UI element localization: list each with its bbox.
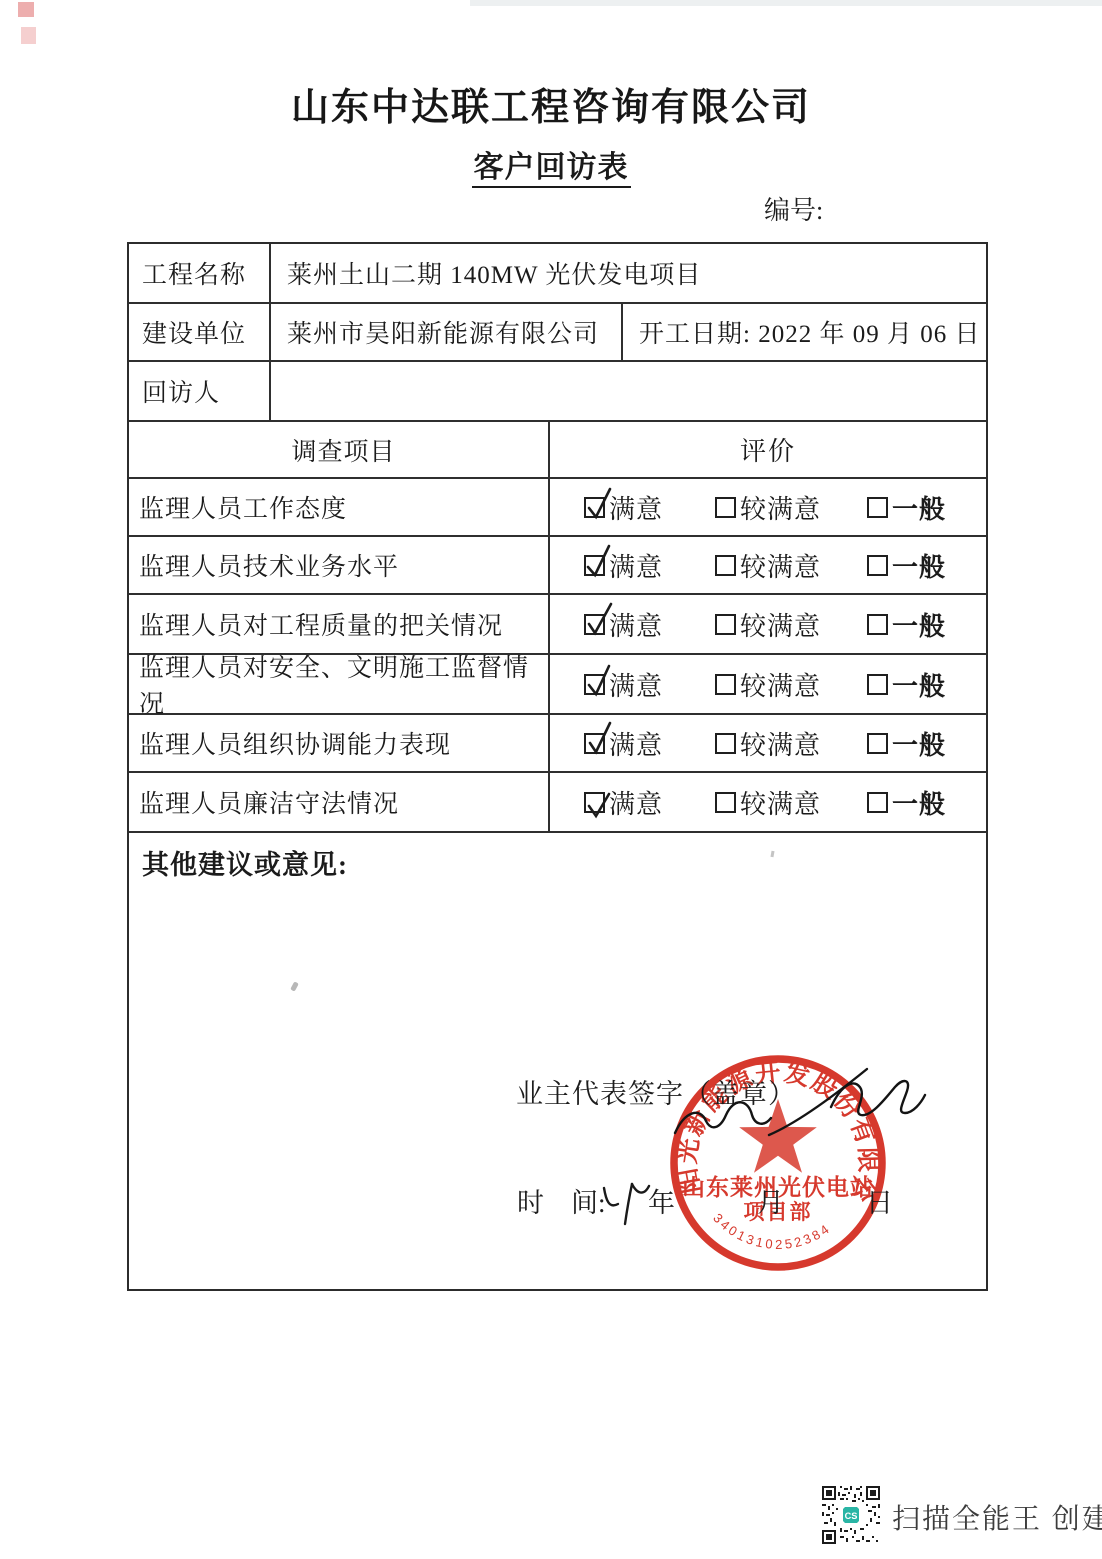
checkbox-empty-icon[interactable] [867, 674, 888, 695]
checkbox-checked-icon[interactable] [584, 614, 605, 635]
project-name-value: 莱州土山二期 140MW 光伏发电项目 [269, 244, 986, 302]
visitor-value[interactable] [269, 362, 986, 420]
visitor-label: 回访人 [129, 362, 269, 420]
survey-item: 监理人员廉洁守法情况 [129, 773, 548, 831]
table-row: 回访人 [129, 360, 986, 420]
survey-item: 监理人员对工程质量的把关情况 [129, 595, 548, 653]
svg-text:CS: CS [845, 1511, 858, 1521]
survey-item: 监理人员技术业务水平 [129, 537, 548, 593]
survey-row: 监理人员对工程质量的把关情况 满意 较满意 一般 [129, 593, 986, 653]
scan-red-artifact [18, 2, 34, 17]
option-satisfied[interactable]: 满意 [584, 547, 663, 584]
scan-red-artifact [21, 27, 36, 44]
option-satisfied[interactable]: 满意 [584, 666, 663, 703]
checkbox-empty-icon[interactable] [867, 555, 888, 576]
survey-rating: 满意 较满意 一般 [548, 715, 986, 771]
checkbox-empty-icon[interactable] [715, 555, 736, 576]
owner-unit-value: 莱州市昊阳新能源有限公司 [269, 304, 621, 360]
company-title: 山东中达联工程咨询有限公司 [0, 76, 1102, 131]
option-satisfied[interactable]: 满意 [584, 725, 663, 762]
survey-rating-header: 评价 [548, 422, 986, 477]
survey-rating: 满意 较满意 一般 [548, 773, 986, 831]
survey-row: 监理人员廉洁守法情况 满意 较满意 一般 [129, 771, 986, 831]
serial-number-label: 编号: [764, 190, 823, 227]
scanner-credit-text: 扫描全能王 创建 [892, 1497, 1102, 1537]
checkbox-empty-icon[interactable] [867, 497, 888, 518]
checkbox-empty-icon[interactable] [715, 497, 736, 518]
project-name-label: 工程名称 [129, 244, 269, 302]
option-average[interactable]: 一般 [867, 489, 946, 526]
checkbox-checked-icon[interactable] [584, 497, 605, 518]
survey-row: 监理人员工作态度 满意 较满意 一般 [129, 477, 986, 535]
option-fairly-satisfied[interactable]: 较满意 [715, 547, 821, 584]
checkbox-empty-icon[interactable] [867, 792, 888, 813]
handwritten-date [596, 1176, 660, 1232]
survey-item: 监理人员对安全、文明施工监督情况 [129, 655, 548, 713]
survey-row: 监理人员对安全、文明施工监督情况 满意 较满意 一般 [129, 653, 986, 713]
handwritten-signature [655, 1055, 935, 1180]
option-satisfied[interactable]: 满意 [584, 784, 663, 821]
option-average[interactable]: 一般 [867, 666, 946, 703]
checkbox-checked-icon[interactable] [584, 674, 605, 695]
option-average[interactable]: 一般 [867, 725, 946, 762]
survey-item-header: 调查项目 [129, 422, 548, 477]
option-satisfied[interactable]: 满意 [584, 606, 663, 643]
option-satisfied[interactable]: 满意 [584, 489, 663, 526]
option-average[interactable]: 一般 [867, 606, 946, 643]
checkbox-checked-icon[interactable] [584, 733, 605, 754]
survey-rating: 满意 较满意 一般 [548, 655, 986, 713]
owner-unit-label: 建设单位 [129, 304, 269, 360]
scan-smudge [470, 0, 1102, 6]
option-average[interactable]: 一般 [867, 784, 946, 821]
survey-row: 监理人员组织协调能力表现 满意 较满意 一般 [129, 713, 986, 771]
table-row: 工程名称 莱州土山二期 140MW 光伏发电项目 [129, 244, 986, 302]
option-fairly-satisfied[interactable]: 较满意 [715, 606, 821, 643]
checkbox-empty-icon[interactable] [867, 614, 888, 635]
option-average[interactable]: 一般 [867, 547, 946, 584]
form-title: 客户回访表 [0, 142, 1102, 186]
month-label: 月 [757, 1181, 784, 1220]
survey-header-row: 调查项目 评价 [129, 420, 986, 477]
checkbox-checked-icon[interactable] [584, 792, 605, 813]
option-fairly-satisfied[interactable]: 较满意 [715, 725, 821, 762]
option-fairly-satisfied[interactable]: 较满意 [715, 784, 821, 821]
checkbox-empty-icon[interactable] [715, 733, 736, 754]
checkbox-empty-icon[interactable] [715, 614, 736, 635]
checkbox-empty-icon[interactable] [715, 792, 736, 813]
start-date-value: 开工日期: 2022 年 09 月 06 日 [621, 304, 986, 360]
option-fairly-satisfied[interactable]: 较满意 [715, 489, 821, 526]
survey-rating: 满意 较满意 一般 [548, 595, 986, 653]
checkbox-checked-icon[interactable] [584, 555, 605, 576]
time-label: 时 间: [517, 1181, 606, 1220]
checkbox-empty-icon[interactable] [715, 674, 736, 695]
survey-rating: 满意 较满意 一般 [548, 537, 986, 593]
day-label: 日 [866, 1181, 893, 1220]
option-fairly-satisfied[interactable]: 较满意 [715, 666, 821, 703]
survey-item: 监理人员组织协调能力表现 [129, 715, 548, 771]
table-row: 建设单位 莱州市昊阳新能源有限公司 开工日期: 2022 年 09 月 06 日 [129, 302, 986, 360]
checkbox-empty-icon[interactable] [867, 733, 888, 754]
form-title-text: 客户回访表 [472, 151, 631, 188]
qr-code: CS [822, 1486, 880, 1544]
survey-item: 监理人员工作态度 [129, 479, 548, 535]
survey-row: 监理人员技术业务水平 满意 较满意 一般 [129, 535, 986, 593]
survey-rating: 满意 较满意 一般 [548, 479, 986, 535]
scanned-form-page: 山东中达联工程咨询有限公司 客户回访表 编号: 工程名称 莱州土山二期 140M… [0, 0, 1102, 1559]
